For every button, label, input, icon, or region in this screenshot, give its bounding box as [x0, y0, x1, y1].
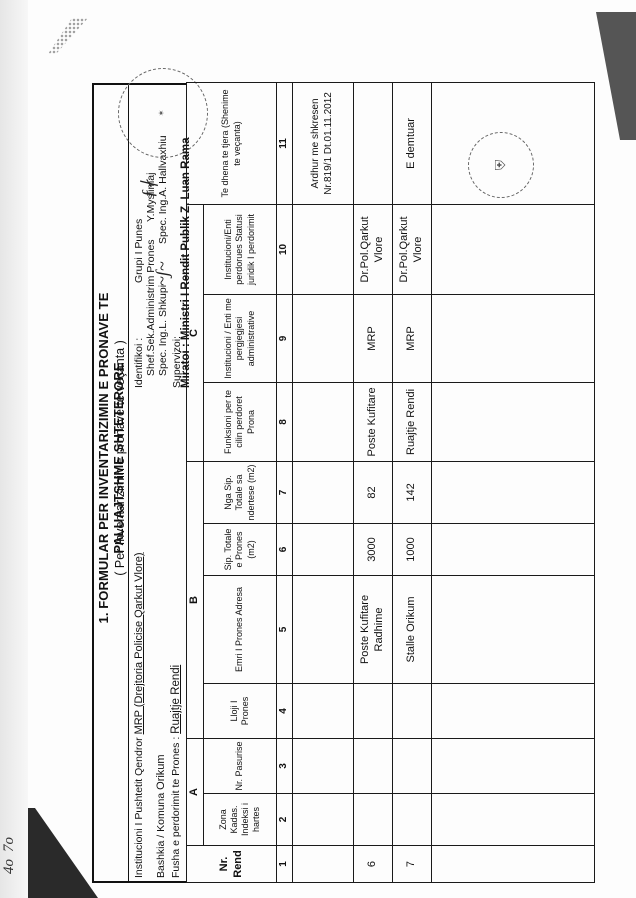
cell-institucioni: MRP [353, 294, 392, 382]
cell-nr-pasurise [292, 738, 353, 793]
empty-cell [431, 794, 594, 846]
column-header: Emri I Prones Adresa [204, 575, 277, 683]
column-number: 6 [277, 523, 293, 575]
usage-field: Fusha e perdorimit te Prones : Ruajtje R… [170, 665, 182, 878]
column-header: Nr. Pasurise [204, 738, 277, 793]
member-name: Spec. Ing.L. Shkupi [157, 285, 169, 376]
cell-institucioni [292, 294, 353, 382]
cell-nr: 7 [392, 846, 431, 883]
cell-lloji [353, 683, 392, 738]
column-header: Sip. Totale e Prones (m2) [204, 523, 277, 575]
cell-sip-ndertese [292, 461, 353, 523]
cell-sip-totale: 3000 [353, 523, 392, 575]
cell-sip-totale: 1000 [392, 523, 431, 575]
empty-cell [431, 575, 594, 683]
column-header: Institucioni/Enti perdorues Statusi juri… [204, 204, 277, 294]
table-row: Ardhur me shkresen Nr.819/1 Dt.01.11.201… [292, 82, 353, 882]
cell-funksioni: Ruajtje Rendi [392, 382, 431, 461]
cell-lloji [392, 683, 431, 738]
column-header: Institucioni / Enti me pergjegjesi admin… [204, 294, 277, 382]
police-stamp: ⛨ [468, 132, 534, 198]
cell-funksioni [292, 382, 353, 461]
empty-cell [431, 382, 594, 461]
column-header: Nr. Rend [187, 846, 277, 883]
cell-zona [392, 794, 431, 846]
table-row: 7 Stalle Orikum 1000 142 Ruajtje Rendi M… [392, 82, 431, 882]
signature: ƒ∤ [138, 180, 159, 198]
cell-lloji [292, 683, 353, 738]
signature: ~ʃ~ [152, 261, 173, 286]
column-number: 3 [277, 738, 293, 793]
column-number: 8 [277, 382, 293, 461]
empty-cell [431, 204, 594, 294]
inventory-form: 1. FORMULAR PER INVENTARIZIMIN E PRONAVE… [0, 0, 636, 898]
cell-perdorues: Dr.Pol.Qarkut Vlore [392, 204, 431, 294]
inventory-table: Nr. Rend A B C Te dhena te tjera (Shenim… [186, 82, 595, 883]
column-number: 5 [277, 575, 293, 683]
institution-value: MRP (Drejtoria Policise Qarkut Vlore) [133, 552, 145, 734]
working-group-label: Grupi I Punes [133, 219, 145, 283]
cell-emri-adresa: Stalle Orikum [392, 575, 431, 683]
institution-field: Institucioni I Pushtetit Qendror MRP (Dr… [133, 552, 145, 878]
group-header: A [187, 738, 204, 845]
cell-nr-pasurise [353, 738, 392, 793]
cell-institucioni: MRP [392, 294, 431, 382]
cell-nr-pasurise [392, 738, 431, 793]
cell-funksioni: Poste Kufitare [353, 382, 392, 461]
column-number: 4 [277, 683, 293, 738]
column-number: 1 [277, 846, 293, 883]
shield-icon: ⛨ [492, 160, 508, 171]
column-header: Funksioni per te cilin perdoret Prona [204, 382, 277, 461]
cell-perdorues [292, 204, 353, 294]
empty-cell [431, 738, 594, 793]
column-header: Lloji I Prones [204, 683, 277, 738]
table-row: 6 Poste Kufitare Radhime 3000 82 Poste K… [353, 82, 392, 882]
column-header: Te dhena te tjera (Shenime te veçanta) [187, 82, 277, 204]
cell-emri-adresa [292, 575, 353, 683]
usage-label: Fusha e perdorimit te Prones : [170, 737, 182, 878]
cell-nr: 6 [353, 846, 392, 883]
form-top-border [92, 83, 94, 883]
column-header: Nga Sip. Totale sa ndertese (m2) [204, 461, 277, 523]
empty-cell [431, 846, 594, 883]
member-name: Shef.Sek.Administrim Prones [145, 239, 157, 376]
cell-sip-totale [292, 523, 353, 575]
column-number: 9 [277, 294, 293, 382]
group-header-row: Nr. Rend A B C Te dhena te tjera (Shenim… [187, 82, 204, 882]
form-subtitle: ( Per Inventarizimin e pronave te veçant… [113, 248, 127, 668]
empty-cell [431, 294, 594, 382]
cell-zona [292, 794, 353, 846]
usage-value: Ruajtje Rendi [170, 665, 182, 734]
cell-shenime: Ardhur me shkresen Nr.819/1 Dt.01.11.201… [292, 82, 353, 204]
cell-shenime [353, 82, 392, 204]
cell-shenime: E demtuar [392, 82, 431, 204]
municipality-value: Orikum [155, 754, 167, 789]
cell-perdorues: Dr.Pol.Qarkut Vlore [353, 204, 392, 294]
column-number: 11 [277, 82, 293, 204]
column-header: Zona Kadas. Indeksi i hartes [204, 794, 277, 846]
column-number: 2 [277, 794, 293, 846]
municipality-field: Bashkia / Komuna Orikum [155, 754, 167, 878]
institution-label: Institucioni I Pushtetit Qendror [133, 737, 145, 878]
cell-emri-adresa: Poste Kufitare Radhime [353, 575, 392, 683]
cell-sip-ndertese: 82 [353, 461, 392, 523]
stamp-text: ✶ [157, 110, 166, 117]
empty-cell [431, 461, 594, 523]
group-header: B [187, 461, 204, 738]
cell-nr [292, 846, 353, 883]
column-number: 7 [277, 461, 293, 523]
municipality-label: Bashkia / Komuna [155, 793, 167, 878]
column-number-row: 1 2 3 4 5 6 7 8 9 10 11 [277, 82, 293, 882]
title-divider [128, 83, 129, 883]
empty-cell [431, 523, 594, 575]
table-row-empty [431, 82, 594, 882]
group-header: C [187, 204, 204, 461]
identified-label: Identifikoi : [133, 338, 145, 388]
column-number: 10 [277, 204, 293, 294]
cell-zona [353, 794, 392, 846]
empty-cell [431, 683, 594, 738]
form-left-border [92, 881, 187, 883]
cell-sip-ndertese: 142 [392, 461, 431, 523]
